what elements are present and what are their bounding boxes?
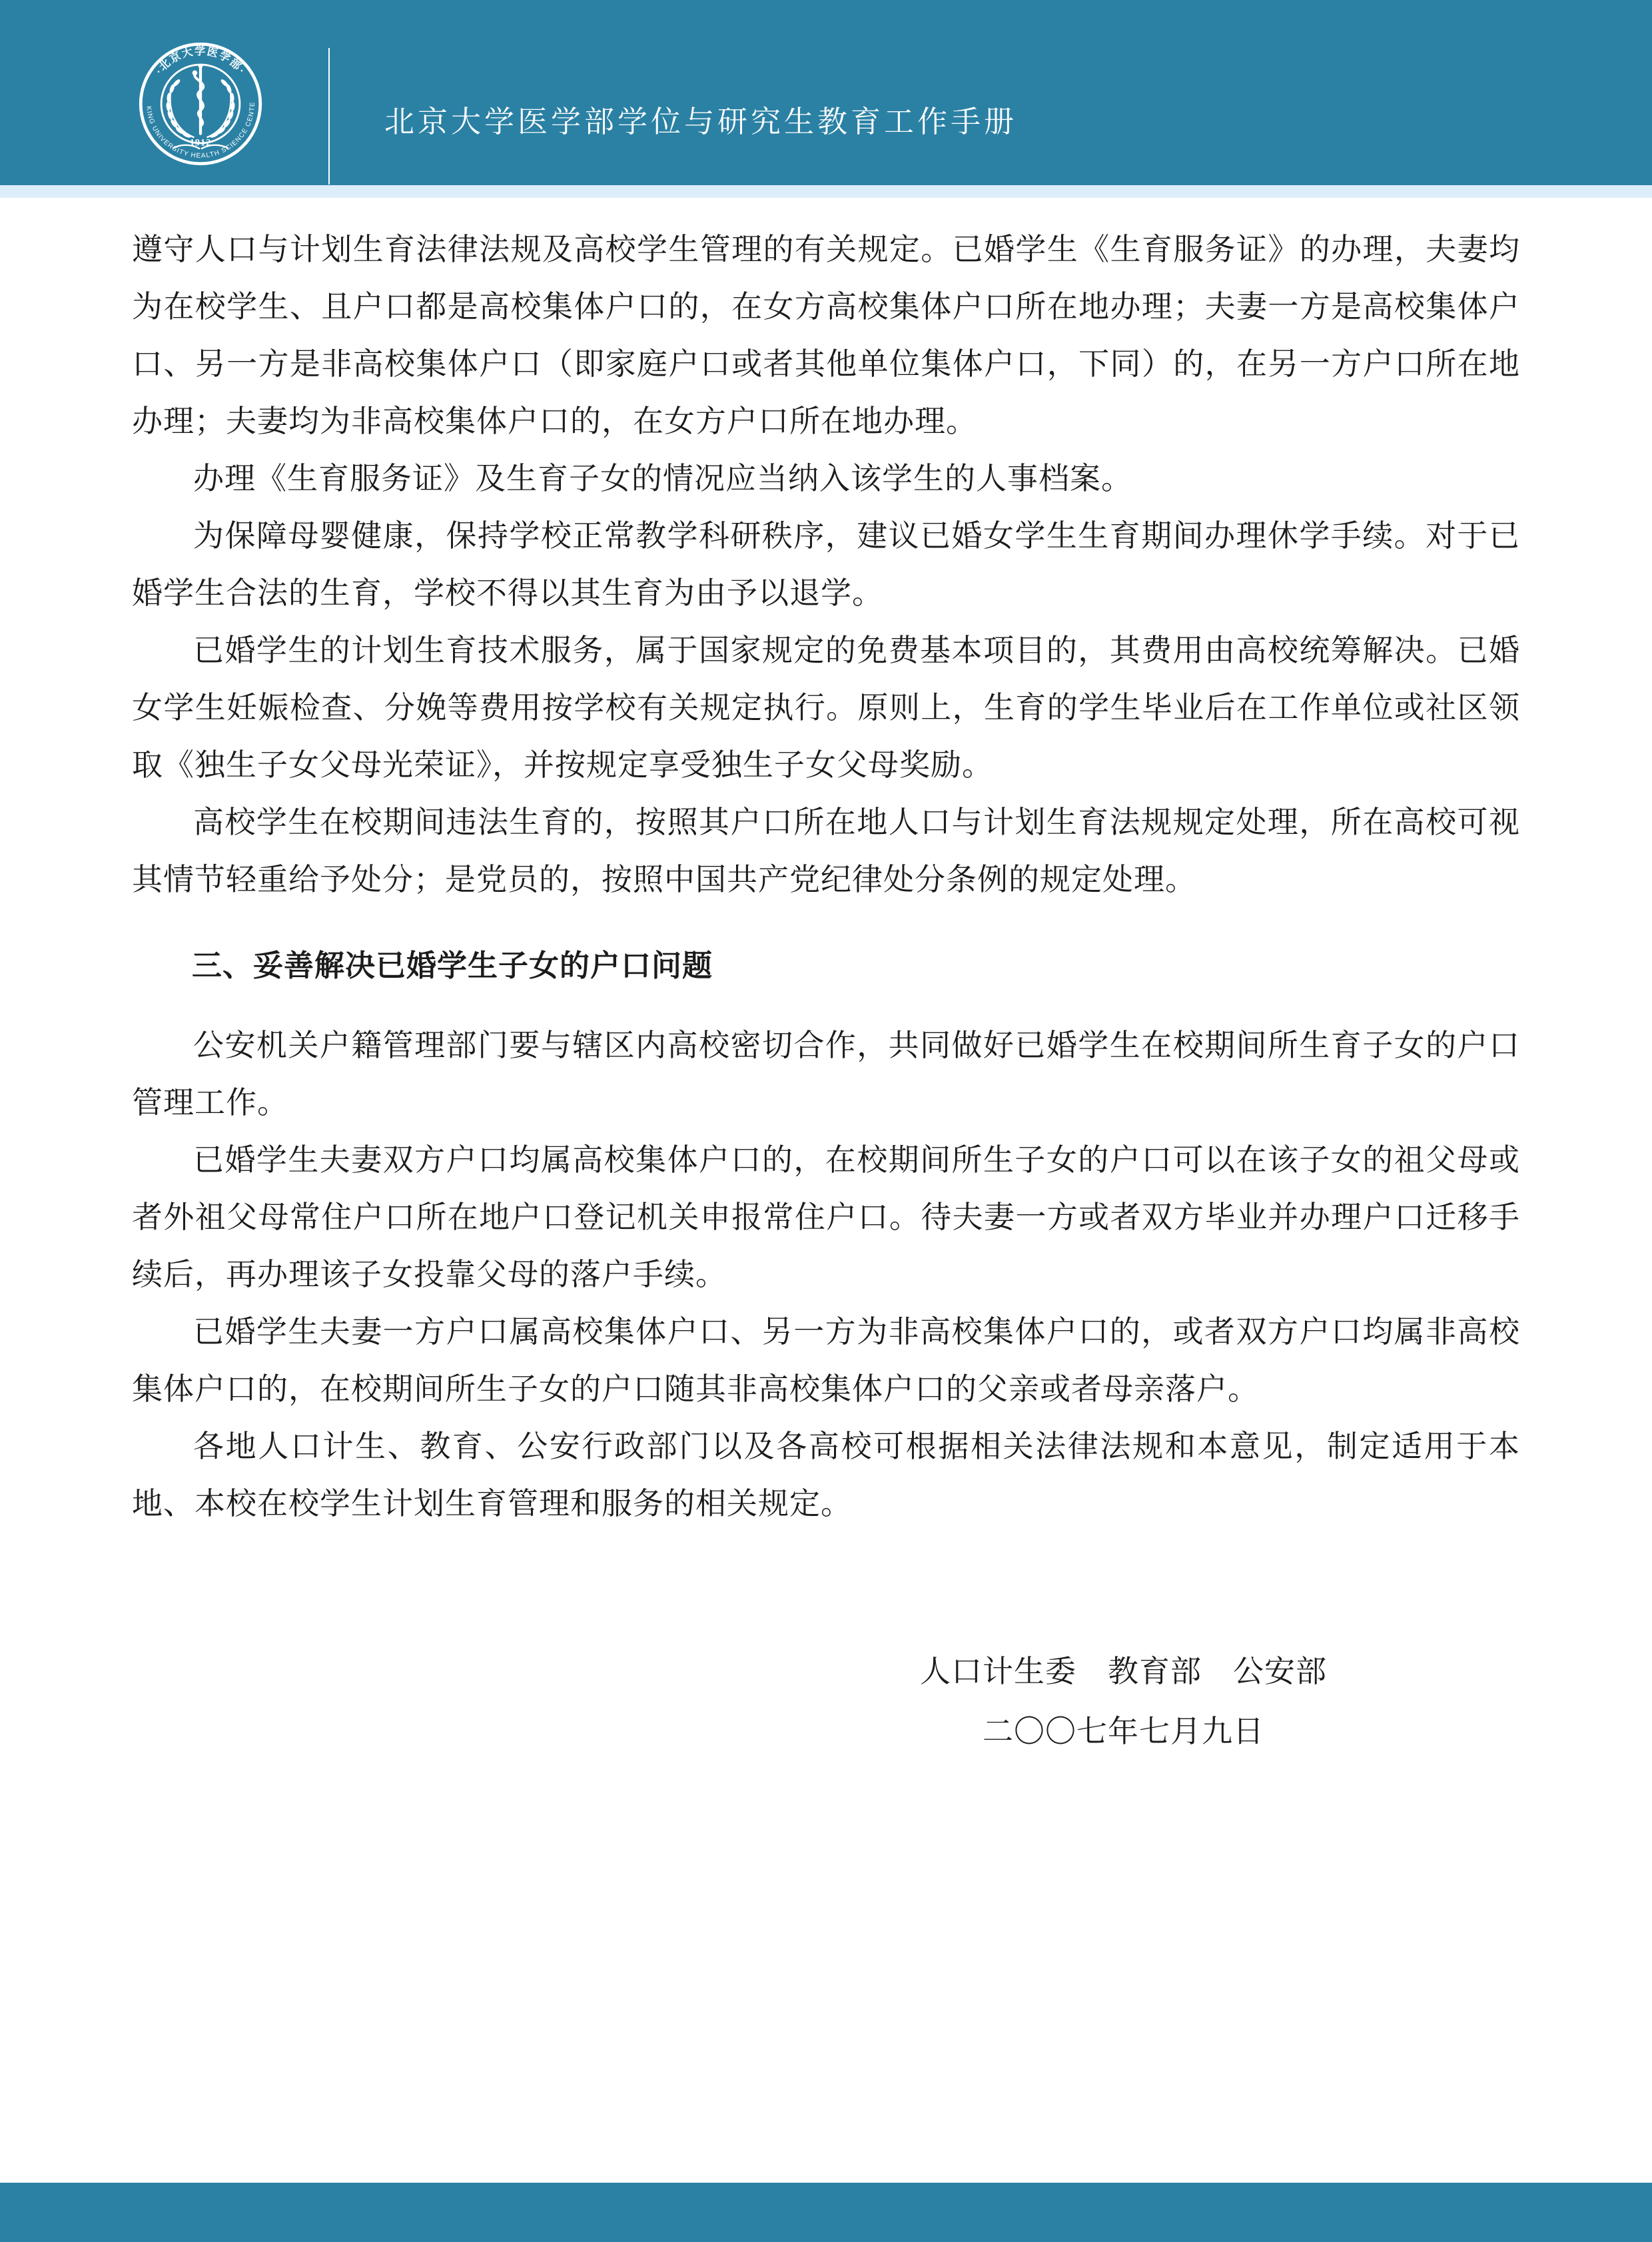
signoff-agencies: 人口计生委 教育部 公安部	[920, 1642, 1327, 1702]
document-body: 遵守人口与计划生育法律法规及高校学生管理的有关规定。已婚学生《生育服务证》的办理…	[0, 198, 1652, 1762]
page-header-band: ·北京大学医学部· PEKING UNIVERSITY HEALTH SCIEN…	[0, 0, 1652, 185]
paragraph: 办理《生育服务证》及生育子女的情况应当纳入该学生的人事档案。	[132, 450, 1520, 508]
rod-of-asclepius-icon	[193, 64, 204, 134]
section-heading: 三、妥善解决已婚学生子女的户口问题	[132, 937, 1520, 994]
page-footer-band	[0, 2183, 1652, 2242]
paragraph: 已婚学生夫妻一方户口属高校集体户口、另一方为非高校集体户口的，或者双方户口均属非…	[132, 1304, 1520, 1418]
document-page: ·北京大学医学部· PEKING UNIVERSITY HEALTH SCIEN…	[0, 0, 1652, 2242]
paragraph: 已婚学生夫妻双方户口均属高校集体户口的，在校期间所生子女的户口可以在该子女的祖父…	[132, 1132, 1520, 1304]
header-divider	[328, 48, 330, 185]
paragraph: 遵守人口与计划生育法律法规及高校学生管理的有关规定。已婚学生《生育服务证》的办理…	[132, 221, 1520, 450]
paragraph: 各地人口计生、教育、公安行政部门以及各高校可根据相关法律法规和本意见，制定适用于…	[132, 1418, 1520, 1533]
signoff-block: 人口计生委 教育部 公安部 二〇〇七年七月九日	[920, 1642, 1327, 1762]
university-seal-logo: ·北京大学医学部· PEKING UNIVERSITY HEALTH SCIEN…	[137, 41, 264, 167]
paragraph: 高校学生在校期间违法生育的，按照其户口所在地人口与计划生育法规规定处理，所在高校…	[132, 794, 1520, 909]
header-accent-strip	[0, 185, 1652, 198]
paragraph: 公安机关户籍管理部门要与辖区内高校密切合作，共同做好已婚学生在校期间所生育子女的…	[132, 1017, 1520, 1132]
signoff-date: 二〇〇七年七月九日	[920, 1702, 1327, 1762]
header-title: 北京大学医学部学位与研究生教育工作手册	[384, 107, 1017, 137]
paragraph: 已婚学生的计划生育技术服务，属于国家规定的免费基本项目的，其费用由高校统筹解决。…	[132, 622, 1520, 794]
paragraph: 为保障母婴健康，保持学校正常教学科研秩序，建议已婚女学生生育期间办理休学手续。对…	[132, 508, 1520, 622]
